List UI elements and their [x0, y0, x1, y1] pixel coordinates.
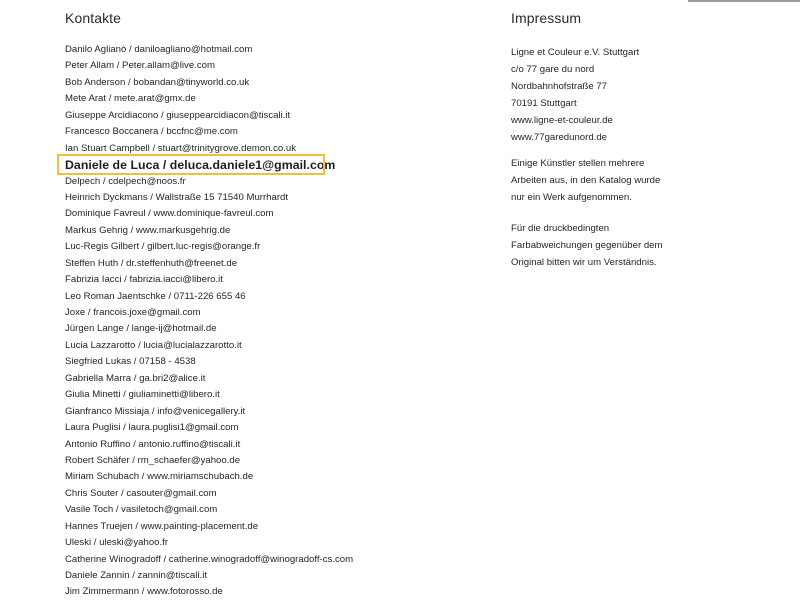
contact-entry: Chris Souter / casouter@gmail.com	[65, 486, 353, 502]
contact-entry: Vasile Toch / vasiletoch@gmail.com	[65, 502, 353, 518]
contact-entry: Giulia Minetti / giuliaminetti@libero.it	[65, 387, 353, 403]
contact-entry: Robert Schäfer / rm_schaefer@yahoo.de	[65, 453, 353, 469]
contact-entry: Jim Zimmermann / www.fotorosso.de	[65, 584, 353, 600]
contact-entry: Lucia Lazzarotto / lucia@lucialazzarotto…	[65, 338, 353, 354]
contact-entry: Peter Allam / Peter.allam@live.com	[65, 58, 353, 74]
contact-entry: Bob Anderson / bobandan@tinyworld.co.uk	[65, 75, 353, 91]
impressum-note-line: Original bitten wir um Verständnis.	[511, 254, 662, 271]
contact-entry: Ian Stuart Campbell / stuart@trinitygrov…	[65, 141, 353, 157]
contact-list: Danilo Aglianò / daniloagliano@hotmail.c…	[65, 42, 353, 600]
contact-entry: Mete Arat / mete.arat@gmx.de	[65, 91, 353, 107]
contact-entry: Leo Roman Jaentschke / 0711-226 655 46	[65, 289, 353, 305]
contact-entry: Antonio Ruffino / antonio.ruffino@tiscal…	[65, 437, 353, 453]
contact-entry: Luc-Regis Gilbert / gilbert.luc-regis@or…	[65, 239, 353, 255]
contact-entry: Hannes Truejen / www.painting-placement.…	[65, 519, 353, 535]
contact-entry: Joxe / francois.joxe@gmail.com	[65, 305, 353, 321]
contact-entry: Steffen Huth / dr.steffenhuth@freenet.de	[65, 256, 353, 272]
impressum-note-colors: Für die druckbedingtenFarbabweichungen g…	[511, 220, 662, 271]
contact-entry: Gabriella Marra / ga.bri2@alice.it	[65, 371, 353, 387]
impressum-address-line: c/o 77 gare du nord	[511, 61, 639, 78]
contact-entry-highlighted: Daniele de Luca / deluca.daniele1@gmail.…	[65, 157, 353, 173]
contact-entry: Laura Puglisi / laura.puglisi1@gmail.com	[65, 420, 353, 436]
contacts-heading: Kontakte	[65, 10, 121, 26]
contact-entry: Danilo Aglianò / daniloagliano@hotmail.c…	[65, 42, 353, 58]
contact-entry: Dominique Favreul / www.dominique-favreu…	[65, 206, 353, 222]
impressum-address-line: Nordbahnhofstraße 77	[511, 78, 639, 95]
contact-entry: Miriam Schubach / www.miriamschubach.de	[65, 469, 353, 485]
impressum-address-line: 70191 Stuttgart	[511, 95, 639, 112]
contact-entry: Delpech / cdelpech@noos.fr	[65, 174, 353, 190]
contact-entry: Giuseppe Arcidiacono / giuseppearcidiaco…	[65, 108, 353, 124]
contact-entry: Catherine Winogradoff / catherine.winogr…	[65, 552, 353, 568]
contact-entry: Jürgen Lange / lange-ij@hotmail.de	[65, 321, 353, 337]
contact-entry: Siegfried Lukas / 07158 - 4538	[65, 354, 353, 370]
impressum-note-line: Farbabweichungen gegenüber dem	[511, 237, 662, 254]
impressum-note-line: nur ein Werk aufgenommen.	[511, 189, 660, 206]
impressum-address: Ligne et Couleur e.V. Stuttgartc/o 77 ga…	[511, 44, 639, 146]
impressum-address-line: www.77garedunord.de	[511, 129, 639, 146]
contact-entry: Uleski / uleski@yahoo.fr	[65, 535, 353, 551]
contact-entry: Heinrich Dyckmans / Wallstraße 15 71540 …	[65, 190, 353, 206]
top-edge-bar	[688, 0, 800, 2]
contact-entry: Francesco Boccanera / bccfnc@me.com	[65, 124, 353, 140]
impressum-note-line: Arbeiten aus, in den Katalog wurde	[511, 172, 660, 189]
impressum-note-line: Einige Künstler stellen mehrere	[511, 155, 660, 172]
impressum-note-catalog: Einige Künstler stellen mehrereArbeiten …	[511, 155, 660, 206]
impressum-heading: Impressum	[511, 10, 581, 26]
impressum-note-line: Für die druckbedingten	[511, 220, 662, 237]
contact-entry: Markus Gehrig / www.markusgehrig.de	[65, 223, 353, 239]
impressum-address-line: www.ligne-et-couleur.de	[511, 112, 639, 129]
contact-entry: Fabrizia Iacci / fabrizia.iacci@libero.i…	[65, 272, 353, 288]
contact-entry: Gianfranco Missiaja / info@venicegallery…	[65, 404, 353, 420]
impressum-address-line: Ligne et Couleur e.V. Stuttgart	[511, 44, 639, 61]
contact-entry: Daniele Zannin / zannin@tiscali.it	[65, 568, 353, 584]
